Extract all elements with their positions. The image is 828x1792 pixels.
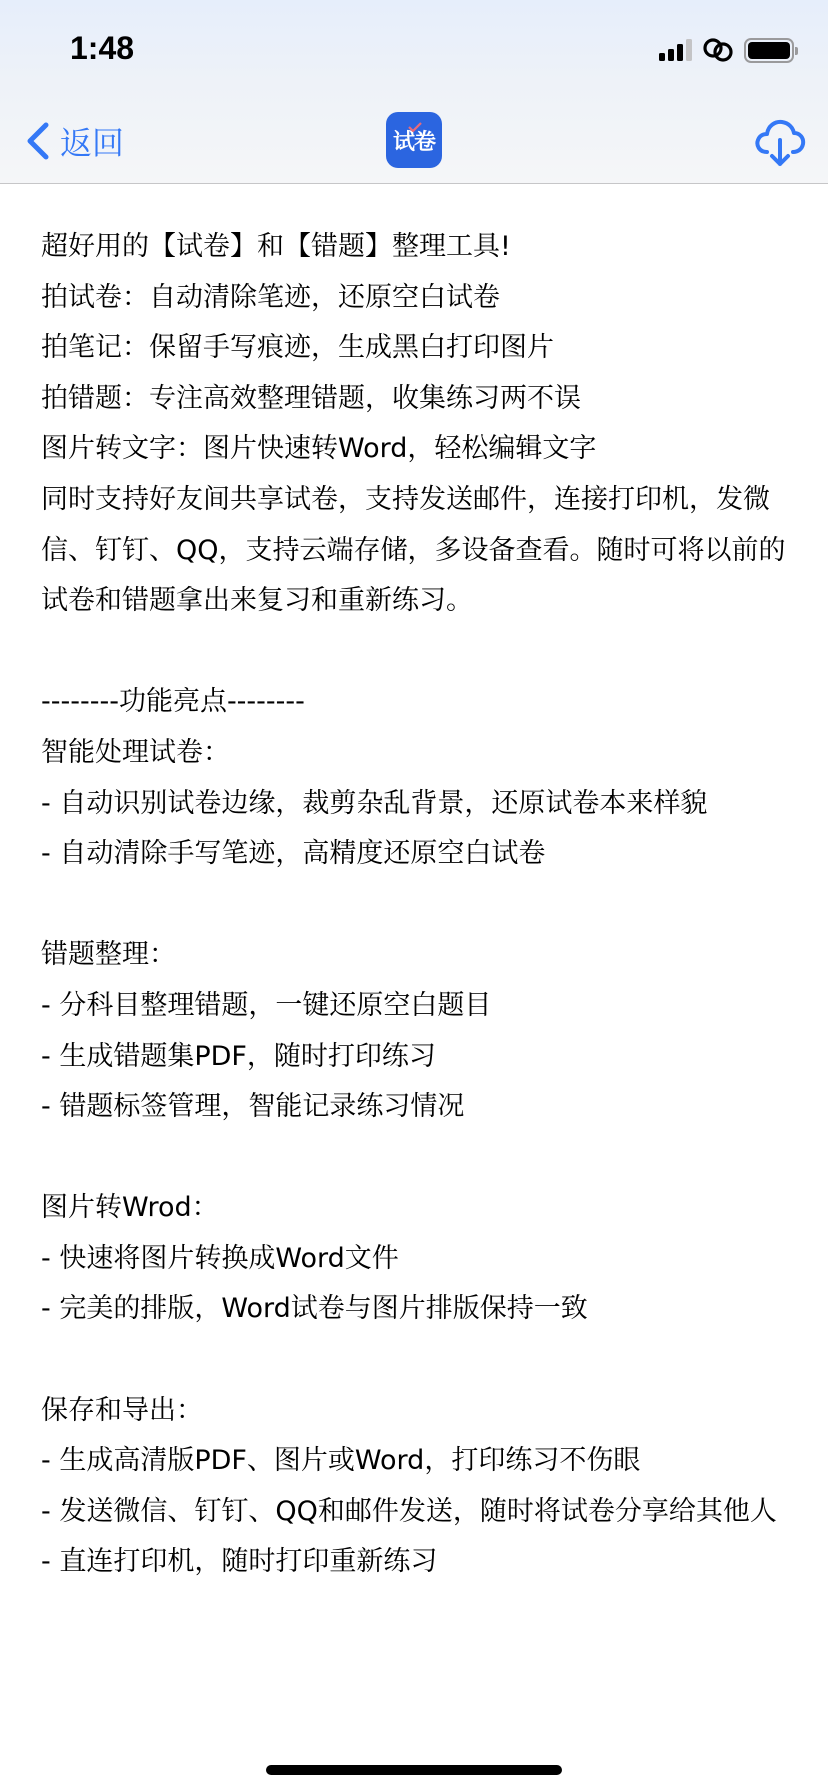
back-button[interactable]: 返回 (24, 118, 124, 164)
back-label: 返回 (60, 118, 124, 164)
desc-line: - 错题标签管理，智能记录练习情况 (41, 1082, 801, 1133)
status-time: 1:48 (70, 30, 134, 67)
chevron-left-icon (24, 121, 50, 161)
cellular-signal-icon (659, 39, 692, 61)
desc-line: 拍笔记：保留手写痕迹，生成黑白打印图片 (41, 323, 801, 374)
desc-line: 图片转文字：图片快速转Word，轻松编辑文字 (41, 424, 801, 475)
desc-line: - 自动清除手写笔迹，高精度还原空白试卷 (41, 829, 801, 880)
desc-line: - 完美的排版，Word试卷与图片排版保持一致 (41, 1284, 801, 1335)
blank-line (41, 1133, 801, 1184)
desc-line: 超好用的【试卷】和【错题】整理工具! (41, 222, 801, 273)
desc-line: - 分科目整理错题，一键还原空白题目 (41, 981, 801, 1032)
desc-line: 拍错题：专注高效整理错题，收集练习两不误 (41, 374, 801, 425)
desc-line: 拍试卷：自动清除笔迹，还原空白试卷 (41, 273, 801, 324)
header: 1:48 返回 试卷 (0, 0, 828, 184)
link-icon (700, 37, 736, 63)
section-heading: 智能处理试卷： (41, 728, 801, 779)
status-icons (659, 36, 794, 64)
battery-icon (744, 38, 794, 63)
blank-line (41, 1335, 801, 1386)
home-indicator[interactable] (266, 1765, 562, 1775)
desc-line: - 直连打印机，随时打印重新练习 (41, 1537, 801, 1588)
desc-line: - 发送微信、钉钉、QQ和邮件发送，随时将试卷分享给其他人 (41, 1487, 801, 1538)
section-heading: 错题整理： (41, 930, 801, 981)
blank-line (41, 880, 801, 931)
desc-line: - 自动识别试卷边缘，裁剪杂乱背景，还原试卷本来样貌 (41, 779, 801, 830)
desc-line: 同时支持好友间共享试卷，支持发送邮件，连接打印机，发微信、钉钉、QQ，支持云端存… (41, 475, 801, 627)
app-icon: 试卷 (386, 112, 442, 168)
checkmark-icon (408, 122, 422, 132)
section-divider: --------功能亮点-------- (41, 677, 801, 728)
section-heading: 图片转Wrod： (41, 1183, 801, 1234)
desc-line: - 生成错题集PDF，随时打印练习 (41, 1032, 801, 1083)
desc-line: - 快速将图片转换成Word文件 (41, 1234, 801, 1285)
blank-line (41, 627, 801, 678)
section-heading: 保存和导出： (41, 1386, 801, 1437)
app-description: 超好用的【试卷】和【错题】整理工具! 拍试卷：自动清除笔迹，还原空白试卷 拍笔记… (41, 222, 801, 1588)
cloud-download-icon[interactable] (752, 112, 808, 168)
desc-line: - 生成高清版PDF、图片或Word，打印练习不伤眼 (41, 1436, 801, 1487)
